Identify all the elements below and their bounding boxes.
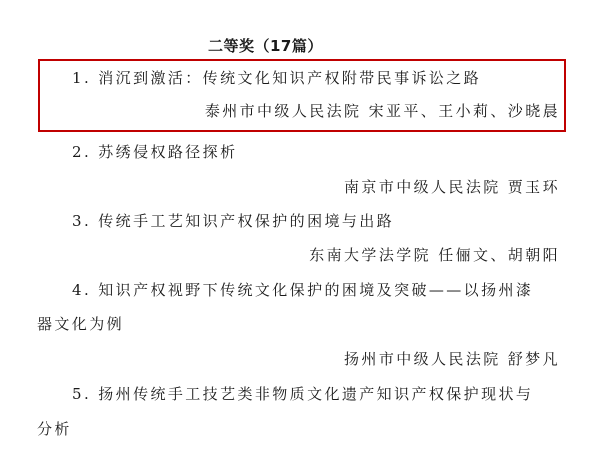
entry-5-title-continued: 分析: [37, 419, 72, 439]
entry-4-author: 扬州市中级人民法院 舒梦凡: [344, 349, 560, 369]
entry-4-title: 4. 知识产权视野下传统文化保护的困境及突破——以扬州漆: [72, 280, 533, 300]
entry-2-author: 南京市中级人民法院 贾玉环: [344, 177, 560, 197]
entry-2-title: 2. 苏绣侵权路径探析: [72, 142, 237, 162]
entry-4-title-continued: 器文化为例: [37, 314, 124, 334]
entry-3-title: 3. 传统手工艺知识产权保护的困境与出路: [72, 211, 394, 231]
section-heading: 二等奖（17篇）: [208, 36, 323, 56]
entry-1-author: 泰州市中级人民法院 宋亚平、王小莉、沙晓晨: [205, 101, 560, 121]
entry-5-title: 5. 扬州传统手工技艺类非物质文化遗产知识产权保护现状与: [72, 384, 533, 404]
entry-3-author: 东南大学法学院 任俪文、胡朝阳: [309, 245, 560, 265]
entry-1-title: 1. 消沉到激活：传统文化知识产权附带民事诉讼之路: [72, 68, 481, 88]
